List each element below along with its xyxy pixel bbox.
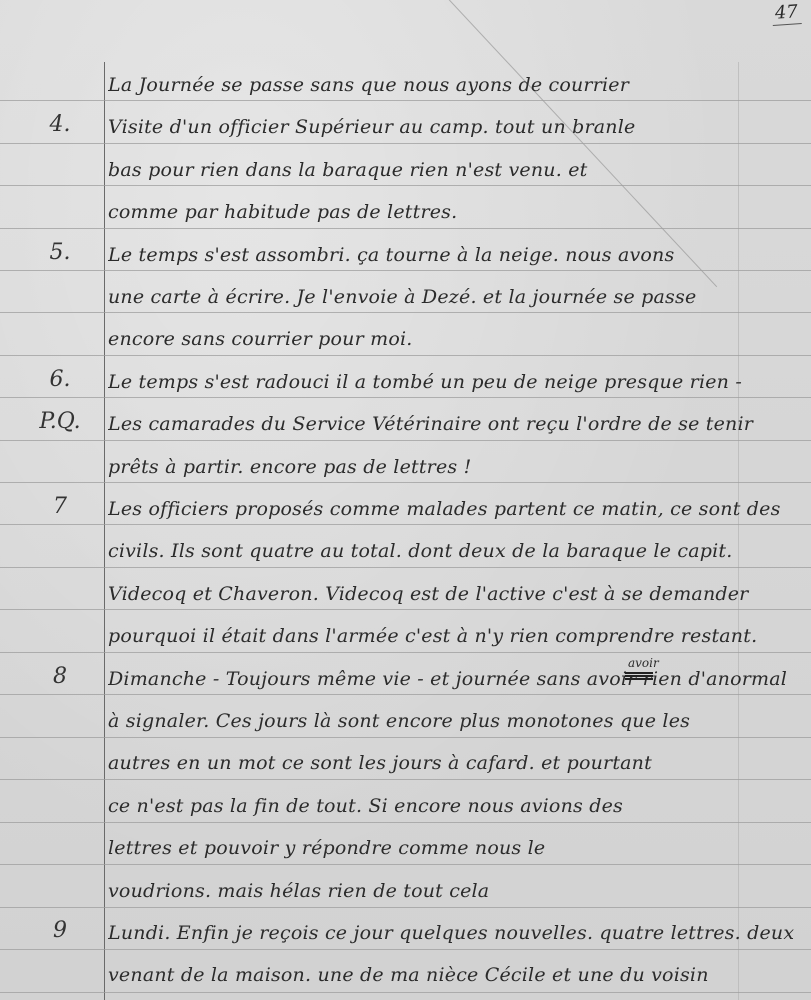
journal-line: Dimanche - Toujours même vie - et journé…: [108, 654, 811, 694]
entry-date: 4.: [30, 112, 90, 137]
entry-date: P.Q.: [30, 409, 90, 434]
journal-line: Les camarades du Service Vétérinaire ont…: [108, 399, 811, 439]
journal-line: voudrions. mais hélas rien de tout cela: [108, 866, 811, 906]
journal-line-text: Visite d'un officier Supérieur au camp. …: [108, 116, 635, 138]
ruled-line: [0, 397, 811, 398]
ruled-line: [0, 100, 811, 101]
journal-line: encore sans courrier pour moi.: [108, 314, 811, 354]
handwritten-journal-page: 47 La Journée se passe sans que nous ayo…: [0, 0, 811, 1000]
journal-line-text: Lundi. Enfin je reçois ce jour quelques …: [108, 922, 794, 944]
journal-line: comme par habitude pas de lettres.: [108, 187, 811, 227]
ruled-line: [0, 992, 811, 993]
journal-line-text: Les officiers proposés comme malades par…: [108, 498, 781, 520]
ruled-line: [0, 524, 811, 525]
journal-line-text: civils. Ils sont quatre au total. dont d…: [108, 540, 732, 562]
journal-line: prêts à partir. encore pas de lettres !: [108, 442, 811, 482]
struck-out-word: [625, 672, 653, 680]
journal-line: lettres et pouvoir y répondre comme nous…: [108, 823, 811, 863]
ruled-line: [0, 185, 811, 186]
journal-line-text: Le temps s'est assombri. ça tourne à la …: [108, 244, 674, 266]
journal-line-text: ce n'est pas la fin de tout. Si encore n…: [108, 795, 623, 817]
ruled-line: [0, 694, 811, 695]
inserted-word: avoir: [628, 656, 659, 670]
journal-line: La Journée se passe sans que nous ayons …: [108, 60, 811, 100]
entry-date: 9: [30, 918, 90, 943]
entry-date: 6.: [30, 367, 90, 392]
journal-line-text: autres en un mot ce sont les jours à caf…: [108, 752, 652, 774]
journal-line: Le temps s'est assombri. ça tourne à la …: [108, 230, 811, 270]
journal-line: Visite d'un officier Supérieur au camp. …: [108, 102, 811, 142]
journal-line: pourquoi il était dans l'armée c'est à n…: [108, 611, 811, 651]
journal-line-text: lettres et pouvoir y répondre comme nous…: [108, 837, 545, 859]
journal-line-text: pourquoi il était dans l'armée c'est à n…: [108, 625, 757, 647]
ruled-line: [0, 312, 811, 313]
entry-date: 7: [30, 494, 90, 519]
entry-date: 8: [30, 664, 90, 689]
journal-line: ce n'est pas la fin de tout. Si encore n…: [108, 781, 811, 821]
journal-line-text: Les camarades du Service Vétérinaire ont…: [108, 413, 753, 435]
journal-line: bas pour rien dans la baraque rien n'est…: [108, 145, 811, 185]
journal-line: autres en un mot ce sont les jours à caf…: [108, 738, 811, 778]
journal-line: Lundi. Enfin je reçois ce jour quelques …: [108, 908, 811, 948]
margin-line: [104, 62, 105, 1000]
journal-line: Videcoq et Chaveron. Videcoq est de l'ac…: [108, 569, 811, 609]
journal-line: une carte à écrire. Je l'envoie à Dezé. …: [108, 272, 811, 312]
journal-line: Le temps s'est radouci il a tombé un peu…: [108, 357, 811, 397]
ruled-line: [0, 482, 811, 483]
journal-line-text: à signaler. Ces jours là sont encore plu…: [108, 710, 690, 732]
ruled-line: [0, 270, 811, 271]
ruled-line: [0, 609, 811, 610]
journal-line-text: prêts à partir. encore pas de lettres !: [108, 456, 471, 478]
journal-line: civils. Ils sont quatre au total. dont d…: [108, 526, 811, 566]
journal-line: venant de la maison. une de ma nièce Céc…: [108, 950, 811, 990]
journal-line-text: venant de la maison. une de ma nièce Céc…: [108, 964, 709, 986]
journal-line-text: encore sans courrier pour moi.: [108, 328, 413, 350]
entry-date: 5.: [30, 240, 90, 265]
journal-line-text: comme par habitude pas de lettres.: [108, 201, 457, 223]
journal-line-text: Dimanche - Toujours même vie - et journé…: [108, 668, 787, 690]
page-number: 47: [771, 1, 801, 26]
journal-line-text: Le temps s'est radouci il a tombé un peu…: [108, 371, 742, 393]
journal-line-text: Videcoq et Chaveron. Videcoq est de l'ac…: [108, 583, 748, 605]
journal-line: Les officiers proposés comme malades par…: [108, 484, 811, 524]
journal-line-text: une carte à écrire. Je l'envoie à Dezé. …: [108, 286, 696, 308]
journal-line-text: bas pour rien dans la baraque rien n'est…: [108, 159, 587, 181]
journal-line: à signaler. Ces jours là sont encore plu…: [108, 696, 811, 736]
journal-line-text: voudrions. mais hélas rien de tout cela: [108, 880, 489, 902]
journal-line-text: La Journée se passe sans que nous ayons …: [108, 74, 629, 96]
